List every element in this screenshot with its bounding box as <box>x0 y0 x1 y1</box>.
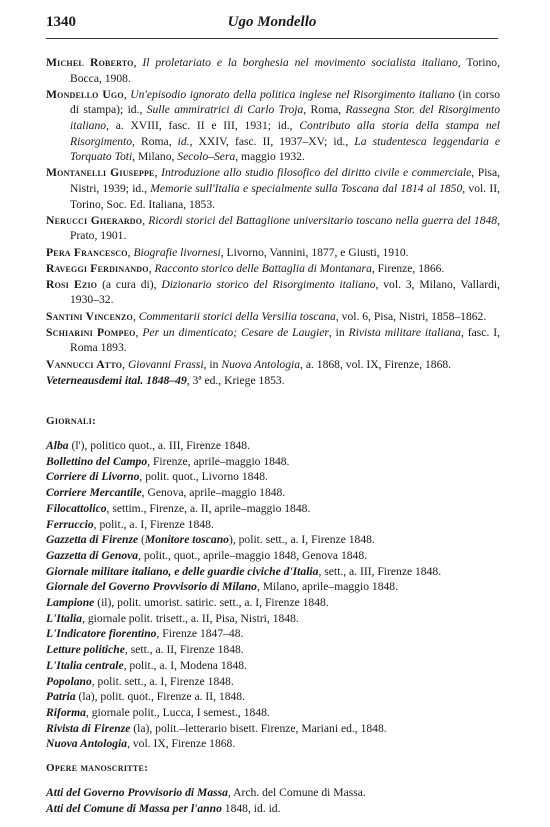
periodical-item: Popolano, polit. sett., a. I, Firenze 18… <box>46 674 500 690</box>
periodical-item: Ferruccio, polit., a. I, Firenze 1848. <box>46 517 500 533</box>
page-header: 1340 Ugo Mondello <box>46 14 498 36</box>
periodical-item: L'Italia centrale, polit., a. I, Modena … <box>46 658 500 674</box>
bib-entry: Rosi Ezio (a cura di), Dizionario storic… <box>46 277 500 308</box>
bib-entry: Michel Roberto, Il proletariato e la bor… <box>46 55 500 86</box>
periodical-item: Giornale militare italiano, e delle guar… <box>46 564 500 580</box>
bib-entry: Raveggi Ferdinando, Racconto storico del… <box>46 261 500 277</box>
bibliography-list: Michel Roberto, Il proletariato e la bor… <box>46 55 500 389</box>
bib-entry: Montanelli Giuseppe, Introduzione allo s… <box>46 165 500 212</box>
periodical-item: L'Indicatore fiorentino, Firenze 1847–48… <box>46 626 500 642</box>
periodical-item: Giornale del Governo Provvisorio di Mila… <box>46 579 500 595</box>
bib-entry: Schiarini Pompeo, Per un dimenticato; Ce… <box>46 325 500 356</box>
periodical-item: Corriere Mercantile, Genova, aprile–magg… <box>46 485 500 501</box>
giornali-list: Alba (l'), politico quot., a. III, Firen… <box>46 438 500 752</box>
giornali-section: Giornali: <box>46 414 500 430</box>
running-title: Ugo Mondello <box>46 14 498 31</box>
header-rule <box>46 38 498 39</box>
manoscritte-section: Opere manoscritte: <box>46 761 500 777</box>
periodical-item: Filocattolico, settim., Firenze, a. II, … <box>46 501 500 517</box>
section-heading-giornali: Giornali: <box>46 414 500 430</box>
bib-entry: Vannucci Atto, Giovanni Frassi, in Nuova… <box>46 357 500 373</box>
periodical-item: L'Italia, giornale polit. trisett., a. I… <box>46 611 500 627</box>
periodical-item: Letture politiche, sett., a. II, Firenze… <box>46 642 500 658</box>
bib-entry: Veterneausdemi ital. 1848–49, 3ª ed., Kr… <box>46 373 500 389</box>
periodical-item: Gazzetta di Genova, polit., quot., april… <box>46 548 500 564</box>
bib-entry: Mondello Ugo, Un'episodio ignorato della… <box>46 87 500 165</box>
manuscript-item: Atti del Comune di Massa per l'anno 1848… <box>46 801 500 817</box>
periodical-item: Corriere di Livorno, polit. quot., Livor… <box>46 469 500 485</box>
bib-entry: Nerucci Gherardo, Ricordi storici del Ba… <box>46 213 500 244</box>
periodical-item: Rivista di Firenze (la), polit.–letterar… <box>46 721 500 737</box>
section-heading-manoscritte: Opere manoscritte: <box>46 761 500 777</box>
periodical-item: Patria (la), polit. quot., Firenze a. II… <box>46 689 500 705</box>
periodical-item: Bollettino del Campo, Firenze, aprile–ma… <box>46 454 500 470</box>
bib-entry: Pera Francesco, Biografie livornesi, Liv… <box>46 245 500 261</box>
manuscript-item: Atti del Governo Provvisorio di Massa, A… <box>46 785 500 801</box>
periodical-item: Nuova Antologia, vol. IX, Firenze 1868. <box>46 736 500 752</box>
periodical-item: Gazzetta di Firenze (Monitore toscano), … <box>46 532 500 548</box>
bib-entry: Santini Vincenzo, Commentarii storici de… <box>46 309 500 325</box>
periodical-item: Lampione (il), polit. umorist. satiric. … <box>46 595 500 611</box>
periodical-item: Riforma, giornale polit., Lucca, I semes… <box>46 705 500 721</box>
manoscritte-list: Atti del Governo Provvisorio di Massa, A… <box>46 785 500 817</box>
book-page: 1340 Ugo Mondello Michel Roberto, Il pro… <box>0 0 550 827</box>
periodical-item: Alba (l'), politico quot., a. III, Firen… <box>46 438 500 454</box>
